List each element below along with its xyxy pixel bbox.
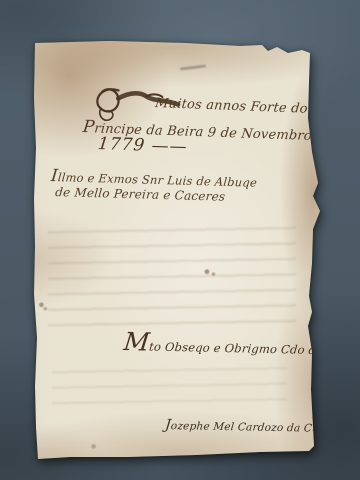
year-line: 1779 —— [97,134,189,157]
ink-showthrough-lower [52,358,287,413]
compliment-line: Mto Obseqo e Obrigmo Cdo de V. Exa [122,322,360,367]
photo-background: Muitos annos Forte do. Principe da Beira… [0,0,360,480]
paper-shadow: Muitos annos Forte do. Principe da Beira… [0,0,360,480]
ink-smudge [180,64,206,70]
signature-line: Jozephe Mel Cardozo da Cunha [164,417,340,436]
ink-showthrough-upper [48,218,296,330]
manuscript-paper: Muitos annos Forte do. Principe da Beira… [0,0,360,480]
